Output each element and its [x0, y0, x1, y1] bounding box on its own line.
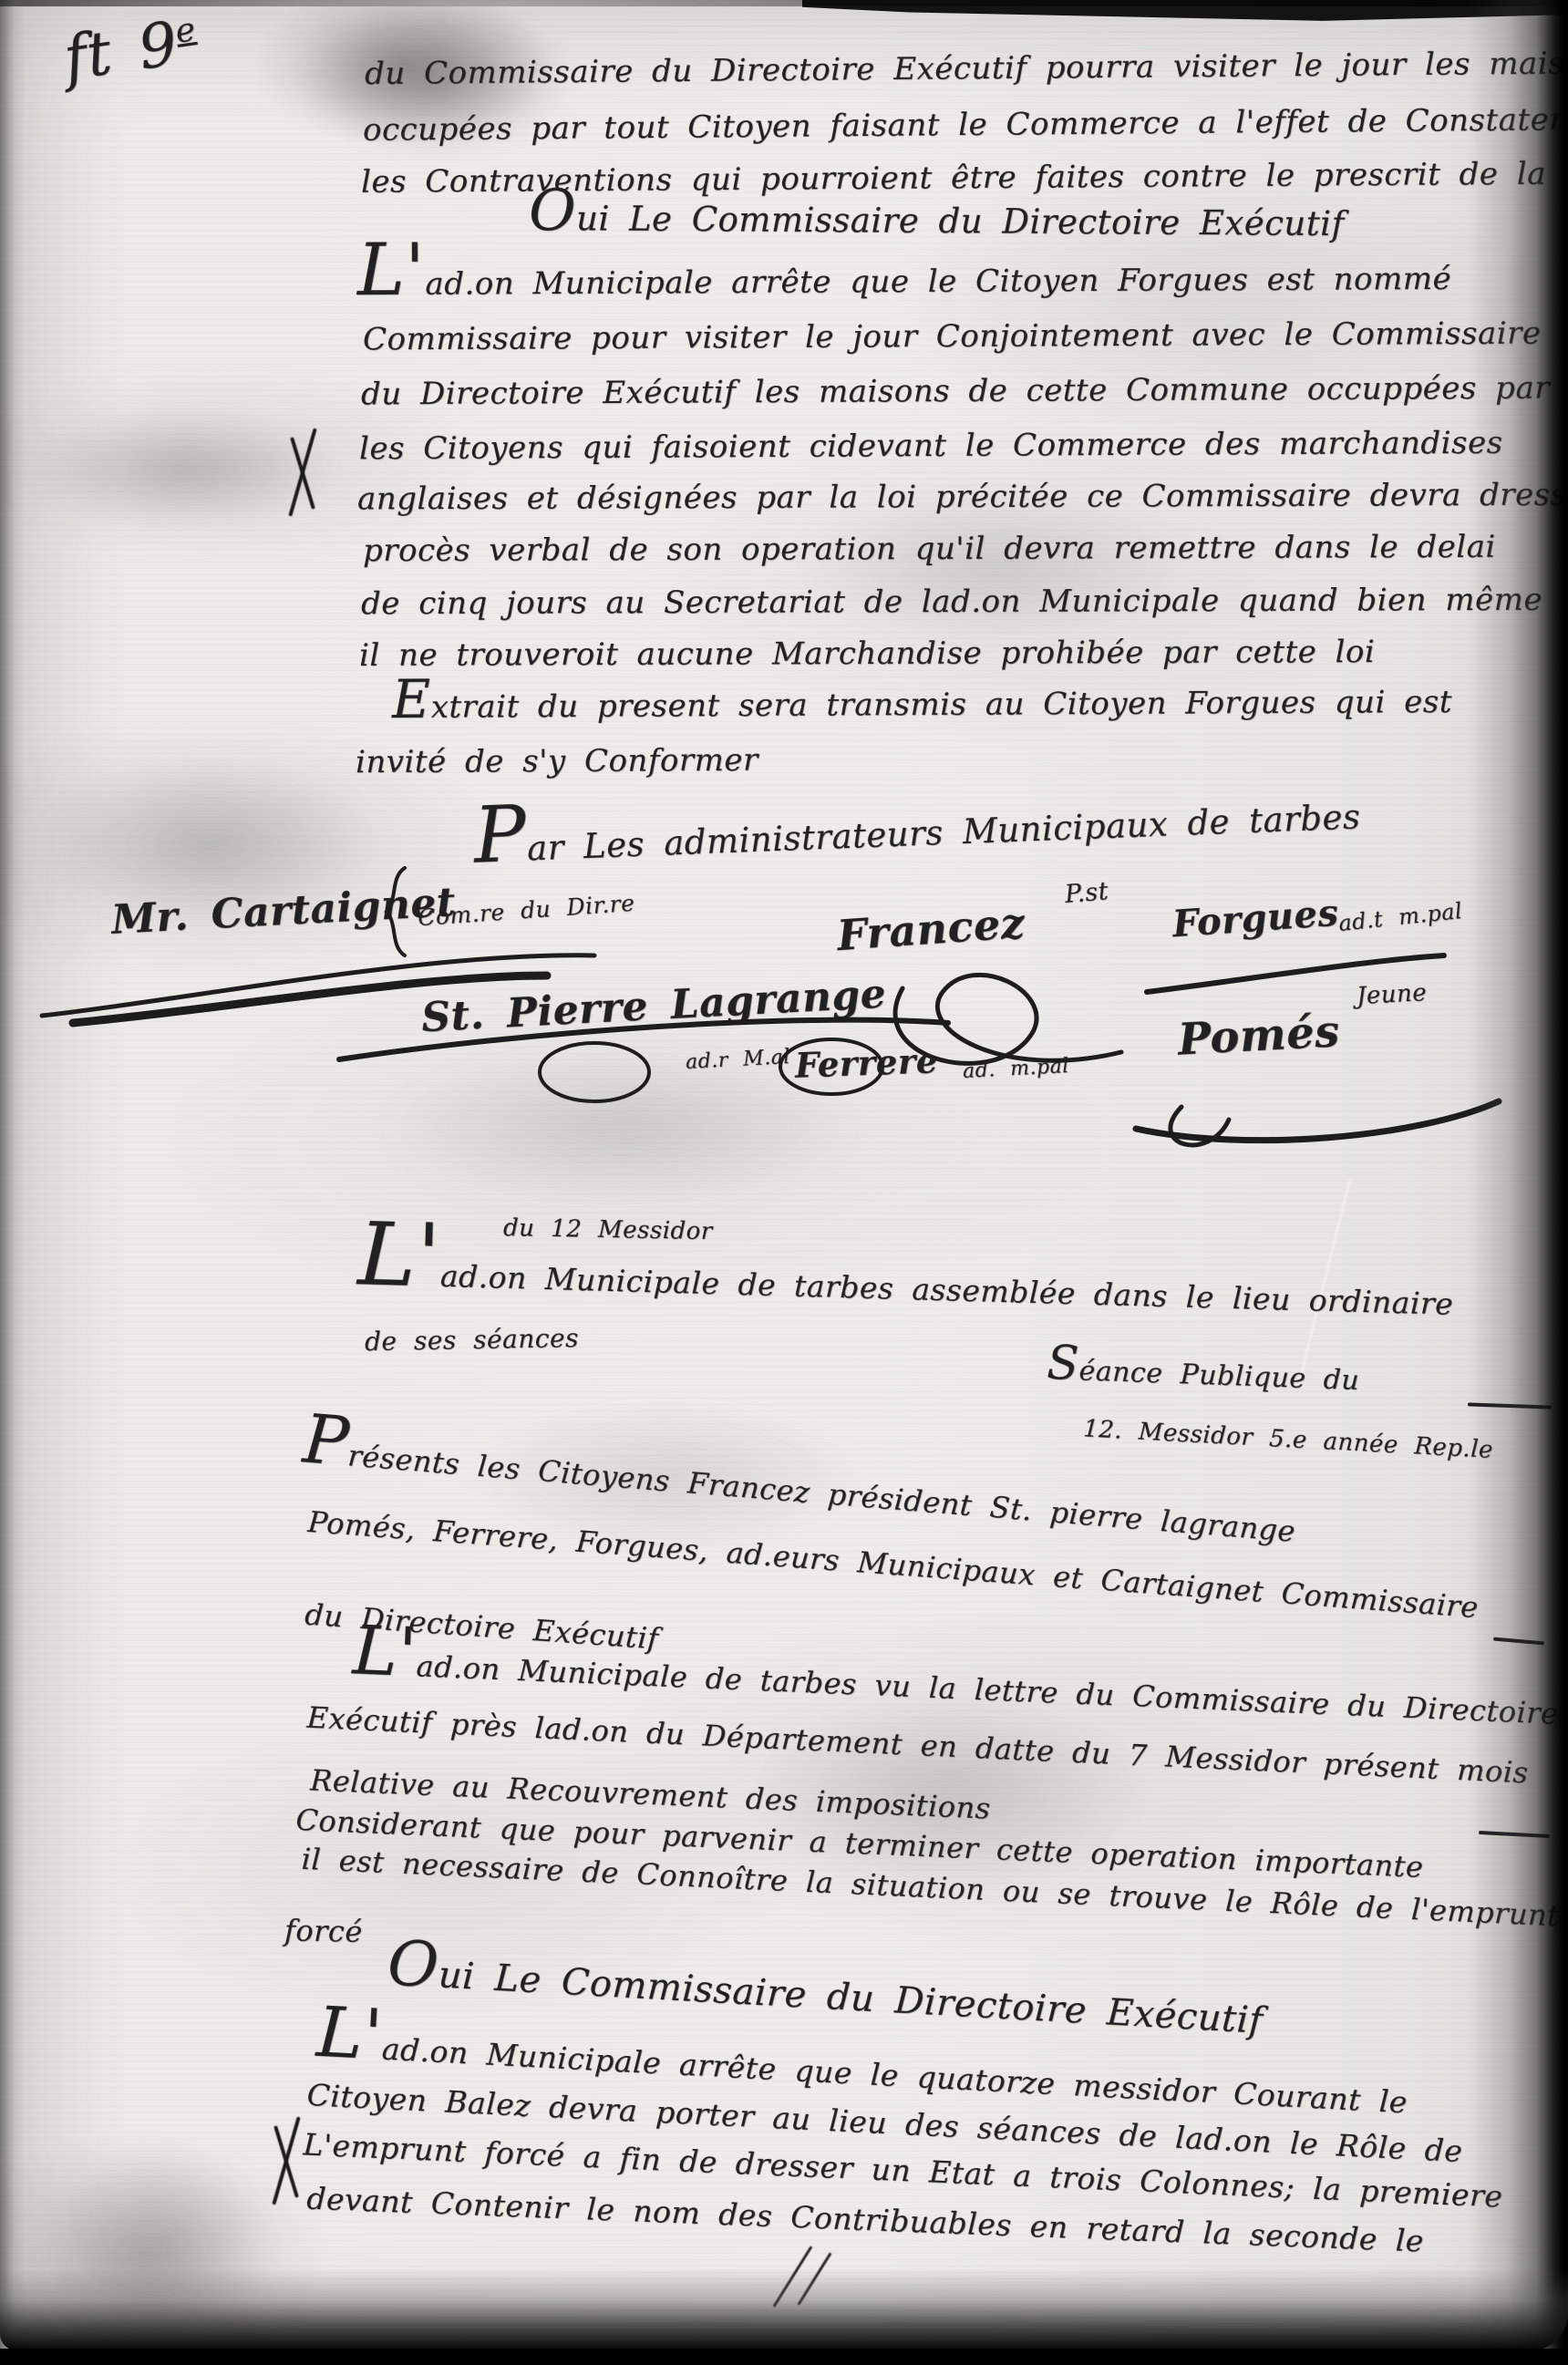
manuscript-line: invité de s'y Conformer [356, 745, 758, 778]
signature-name: Forgues [1171, 895, 1340, 944]
scan-edge-top-right-wedge [802, 0, 1568, 24]
signature-flourish [321, 972, 959, 1109]
signature-name: Ferrere [794, 1044, 938, 1082]
seance-heading: Séance Publique du [1047, 1357, 1360, 1395]
manuscript-line: les Citoyens qui faisoient cidevant le C… [359, 428, 1503, 465]
scan-edge-bottom [0, 2349, 1568, 2365]
manuscript-line: forcé [284, 1916, 363, 1946]
date-heading: du 12 Messidor [503, 1216, 713, 1244]
manuscript-line: L'ad.on Municipale arrête que le Citoyen… [357, 263, 1451, 300]
signature-title: Jeune [1356, 981, 1427, 1008]
manuscript-line: il ne trouveroit aucune Marchandise proh… [359, 636, 1375, 671]
signature-title: ad. m.pal [963, 1057, 1070, 1082]
signature-block-heading: Par Les administrateurs Municipaux de ta… [474, 800, 1361, 867]
manuscript-line: anglaises et désignées par la loi précit… [357, 480, 1568, 515]
manuscript-page: ft 9e du Commissaire du Directoire Exécu… [0, 0, 1568, 2365]
folio-number: ft 9e [60, 11, 201, 89]
signature-flourish [1127, 1050, 1510, 1151]
manuscript-line: de ses séances [365, 1326, 579, 1355]
folio-superscript: e [173, 9, 199, 51]
manuscript-line: de cinq jours au Secretariat de lad.on M… [361, 584, 1542, 620]
signature-title: P.st [1064, 879, 1109, 907]
manuscript-line: Extrait du present sera transmis au Cito… [392, 687, 1452, 723]
folio-base: ft 9 [59, 8, 181, 94]
section-heading: Oui Le Commissaire du Directoire Exécuti… [387, 1954, 1264, 2040]
manuscript-line: Commissaire pour visiter le jour Conjoin… [363, 318, 1542, 356]
manuscript-line: Pomés, Ferrere, Forgues, ad.eurs Municip… [307, 1507, 1480, 1622]
page-edge-right [1468, 0, 1568, 2365]
manuscript-line: procès verbal de son operation qu'il dev… [363, 532, 1496, 566]
manuscript-line: du Directoire Exécutif les maisons de ce… [361, 373, 1550, 410]
margin-x-mark [273, 427, 328, 518]
section-heading: Oui Le Commissaire du Directoire Exécuti… [529, 201, 1345, 241]
page-bottom-shadow [0, 2268, 1568, 2350]
signature-title: ad.t m.pal [1337, 900, 1463, 935]
scan-edge-left [0, 0, 26, 2365]
seance-date: 12. Messidor 5.e année Rep.le [1083, 1417, 1494, 1462]
manuscript-line: L'ad.on Municipale de tarbes assemblée d… [357, 1254, 1454, 1319]
manuscript-line: occupées par tout Citoyen faisant le Com… [363, 104, 1564, 146]
manuscript-line: du Commissaire du Directoire Exécutif po… [365, 47, 1568, 89]
